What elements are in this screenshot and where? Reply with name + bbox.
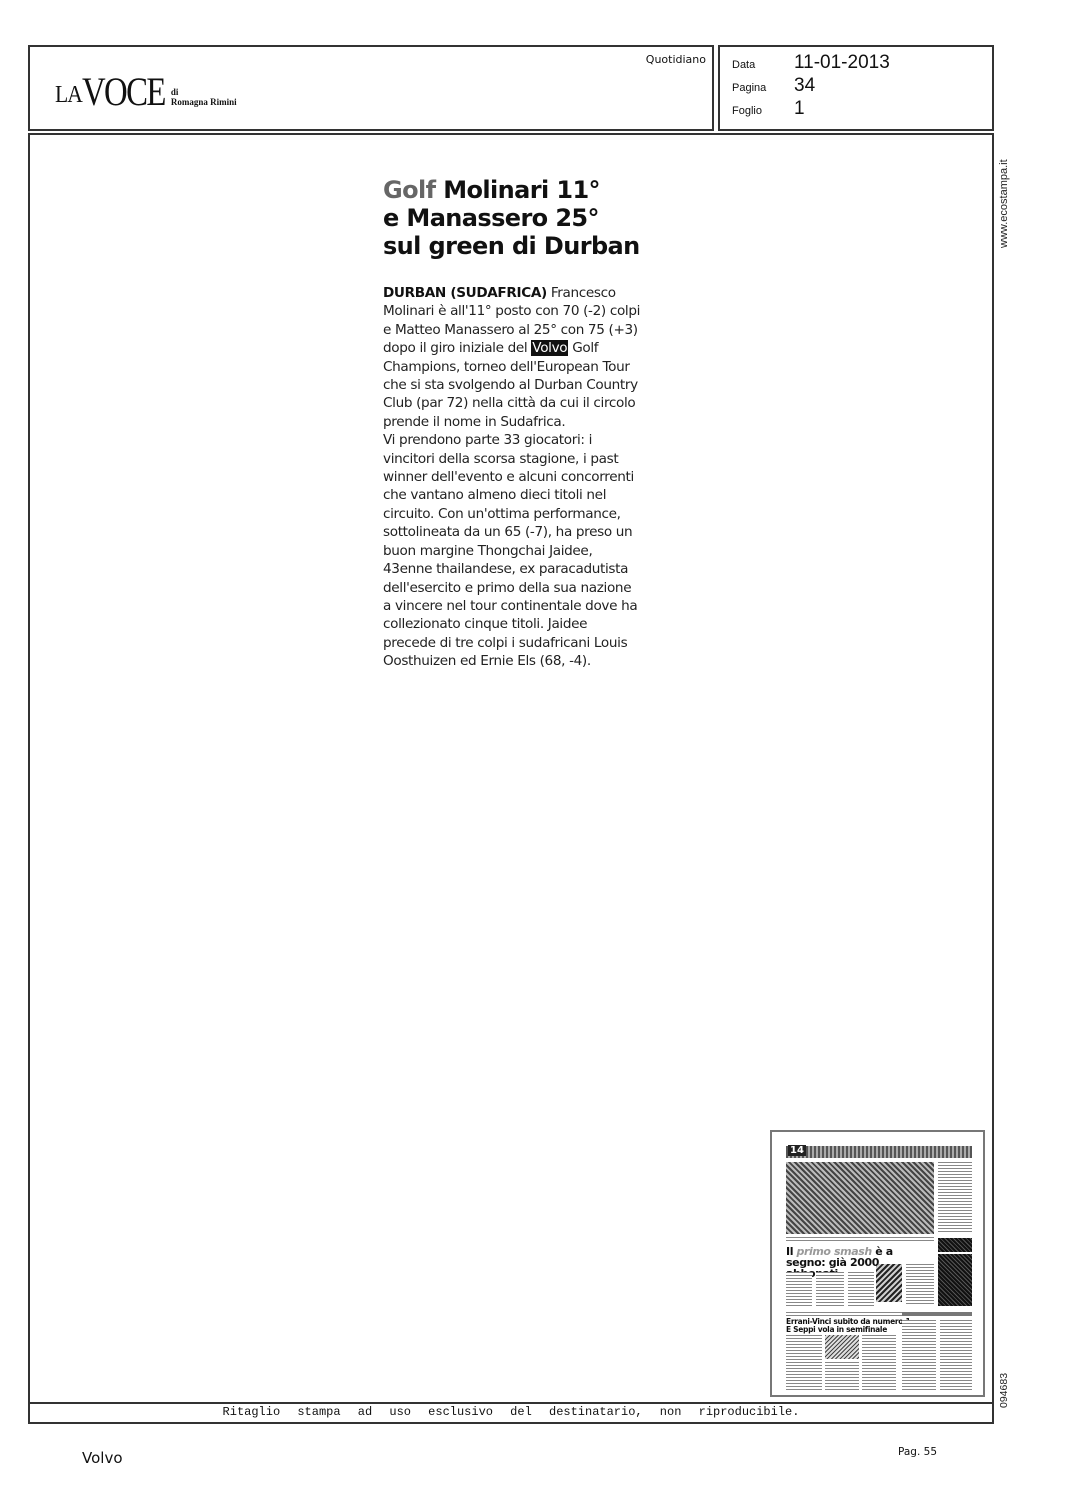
article-body: DURBAN (SUDAFRICA) Francesco Molinari è …	[383, 284, 643, 671]
thumbnail-text-column	[848, 1272, 874, 1306]
meta-label: Pagina	[732, 82, 794, 94]
thumbnail-text-column	[786, 1272, 812, 1306]
masthead-box: LA VOCE di Romagna Rimini Quotidiano	[28, 45, 714, 131]
thumbnail-page-bar: 14	[786, 1146, 972, 1158]
thumbnail-text-column	[940, 1320, 972, 1390]
meta-row-sheet: Foglio 1	[732, 98, 805, 120]
logo-region: Romagna Rimini	[171, 97, 237, 107]
meta-label: Foglio	[732, 105, 794, 117]
logo-la: LA	[55, 83, 82, 107]
copyright-notice: Ritaglio stampa ad uso esclusivo del des…	[30, 1402, 992, 1422]
thumbnail-text-column	[786, 1335, 822, 1390]
keyword-label: Volvo	[82, 1449, 123, 1467]
logo-di: di	[171, 87, 237, 97]
thumbnail-text-column	[862, 1335, 896, 1390]
thumbnail-headline-2: Errani-Vinci subito da numero 1 E Seppi …	[786, 1318, 916, 1334]
page-number: Pag. 55	[898, 1446, 937, 1458]
thumbnail-dark-panel	[938, 1254, 972, 1306]
clipping-code: 094683	[998, 1373, 1010, 1408]
article-paragraph: Vi prendono parte 33 giocatori: i vincit…	[383, 431, 643, 670]
ecostampa-url: www.ecostampa.it	[998, 159, 1010, 248]
thumbnail-text-column	[902, 1320, 936, 1390]
thumbnail-text-column	[906, 1264, 934, 1306]
page-thumbnail: 14 Il primo smash è a segno: già 2000 ab…	[770, 1130, 985, 1397]
meta-label: Data	[732, 59, 794, 71]
publication-type: Quotidiano	[646, 53, 706, 66]
thumbnail-portrait	[876, 1264, 902, 1302]
article-headline: Golf Molinari 11° e Manassero 25° sul gr…	[383, 176, 643, 260]
headline-line-2: e Manassero 25°	[383, 204, 599, 232]
article-dateline: DURBAN (SUDAFRICA)	[383, 285, 547, 301]
thumbnail-photo	[786, 1162, 934, 1234]
thumbnail-caption	[786, 1237, 934, 1243]
logo-subtitle: di Romagna Rimini	[171, 87, 237, 107]
thumbnail-section-bar	[902, 1312, 972, 1316]
headline-line-3: sul green di Durban	[383, 232, 640, 260]
thumbnail-box-dark	[938, 1238, 972, 1252]
thumbnail-kicker	[786, 1312, 916, 1316]
article-kicker: Golf	[383, 176, 435, 204]
meta-value-date: 11-01-2013	[794, 52, 890, 74]
meta-value-sheet: 1	[794, 98, 805, 120]
meta-row-date: Data 11-01-2013	[732, 52, 890, 74]
article-paragraph: DURBAN (SUDAFRICA) Francesco Molinari è …	[383, 284, 643, 431]
headline-line-1: Molinari 11°	[443, 176, 600, 204]
meta-value-page: 34	[794, 75, 815, 97]
thumbnail-text-column	[825, 1362, 859, 1390]
thumbnail-photo-small	[825, 1335, 859, 1359]
thumbnail-text-column	[938, 1162, 972, 1234]
thumbnail-text-column	[816, 1272, 844, 1306]
newspaper-logo: LA VOCE di Romagna Rimini	[55, 75, 237, 109]
thumbnail-page-number: 14	[788, 1145, 806, 1156]
logo-voce: VOCE	[82, 75, 165, 109]
meta-row-page: Pagina 34	[732, 75, 815, 97]
metadata-box: Data 11-01-2013 Pagina 34 Foglio 1	[718, 45, 994, 131]
article: Golf Molinari 11° e Manassero 25° sul gr…	[383, 176, 643, 671]
keyword-highlight: Volvo	[531, 340, 568, 356]
